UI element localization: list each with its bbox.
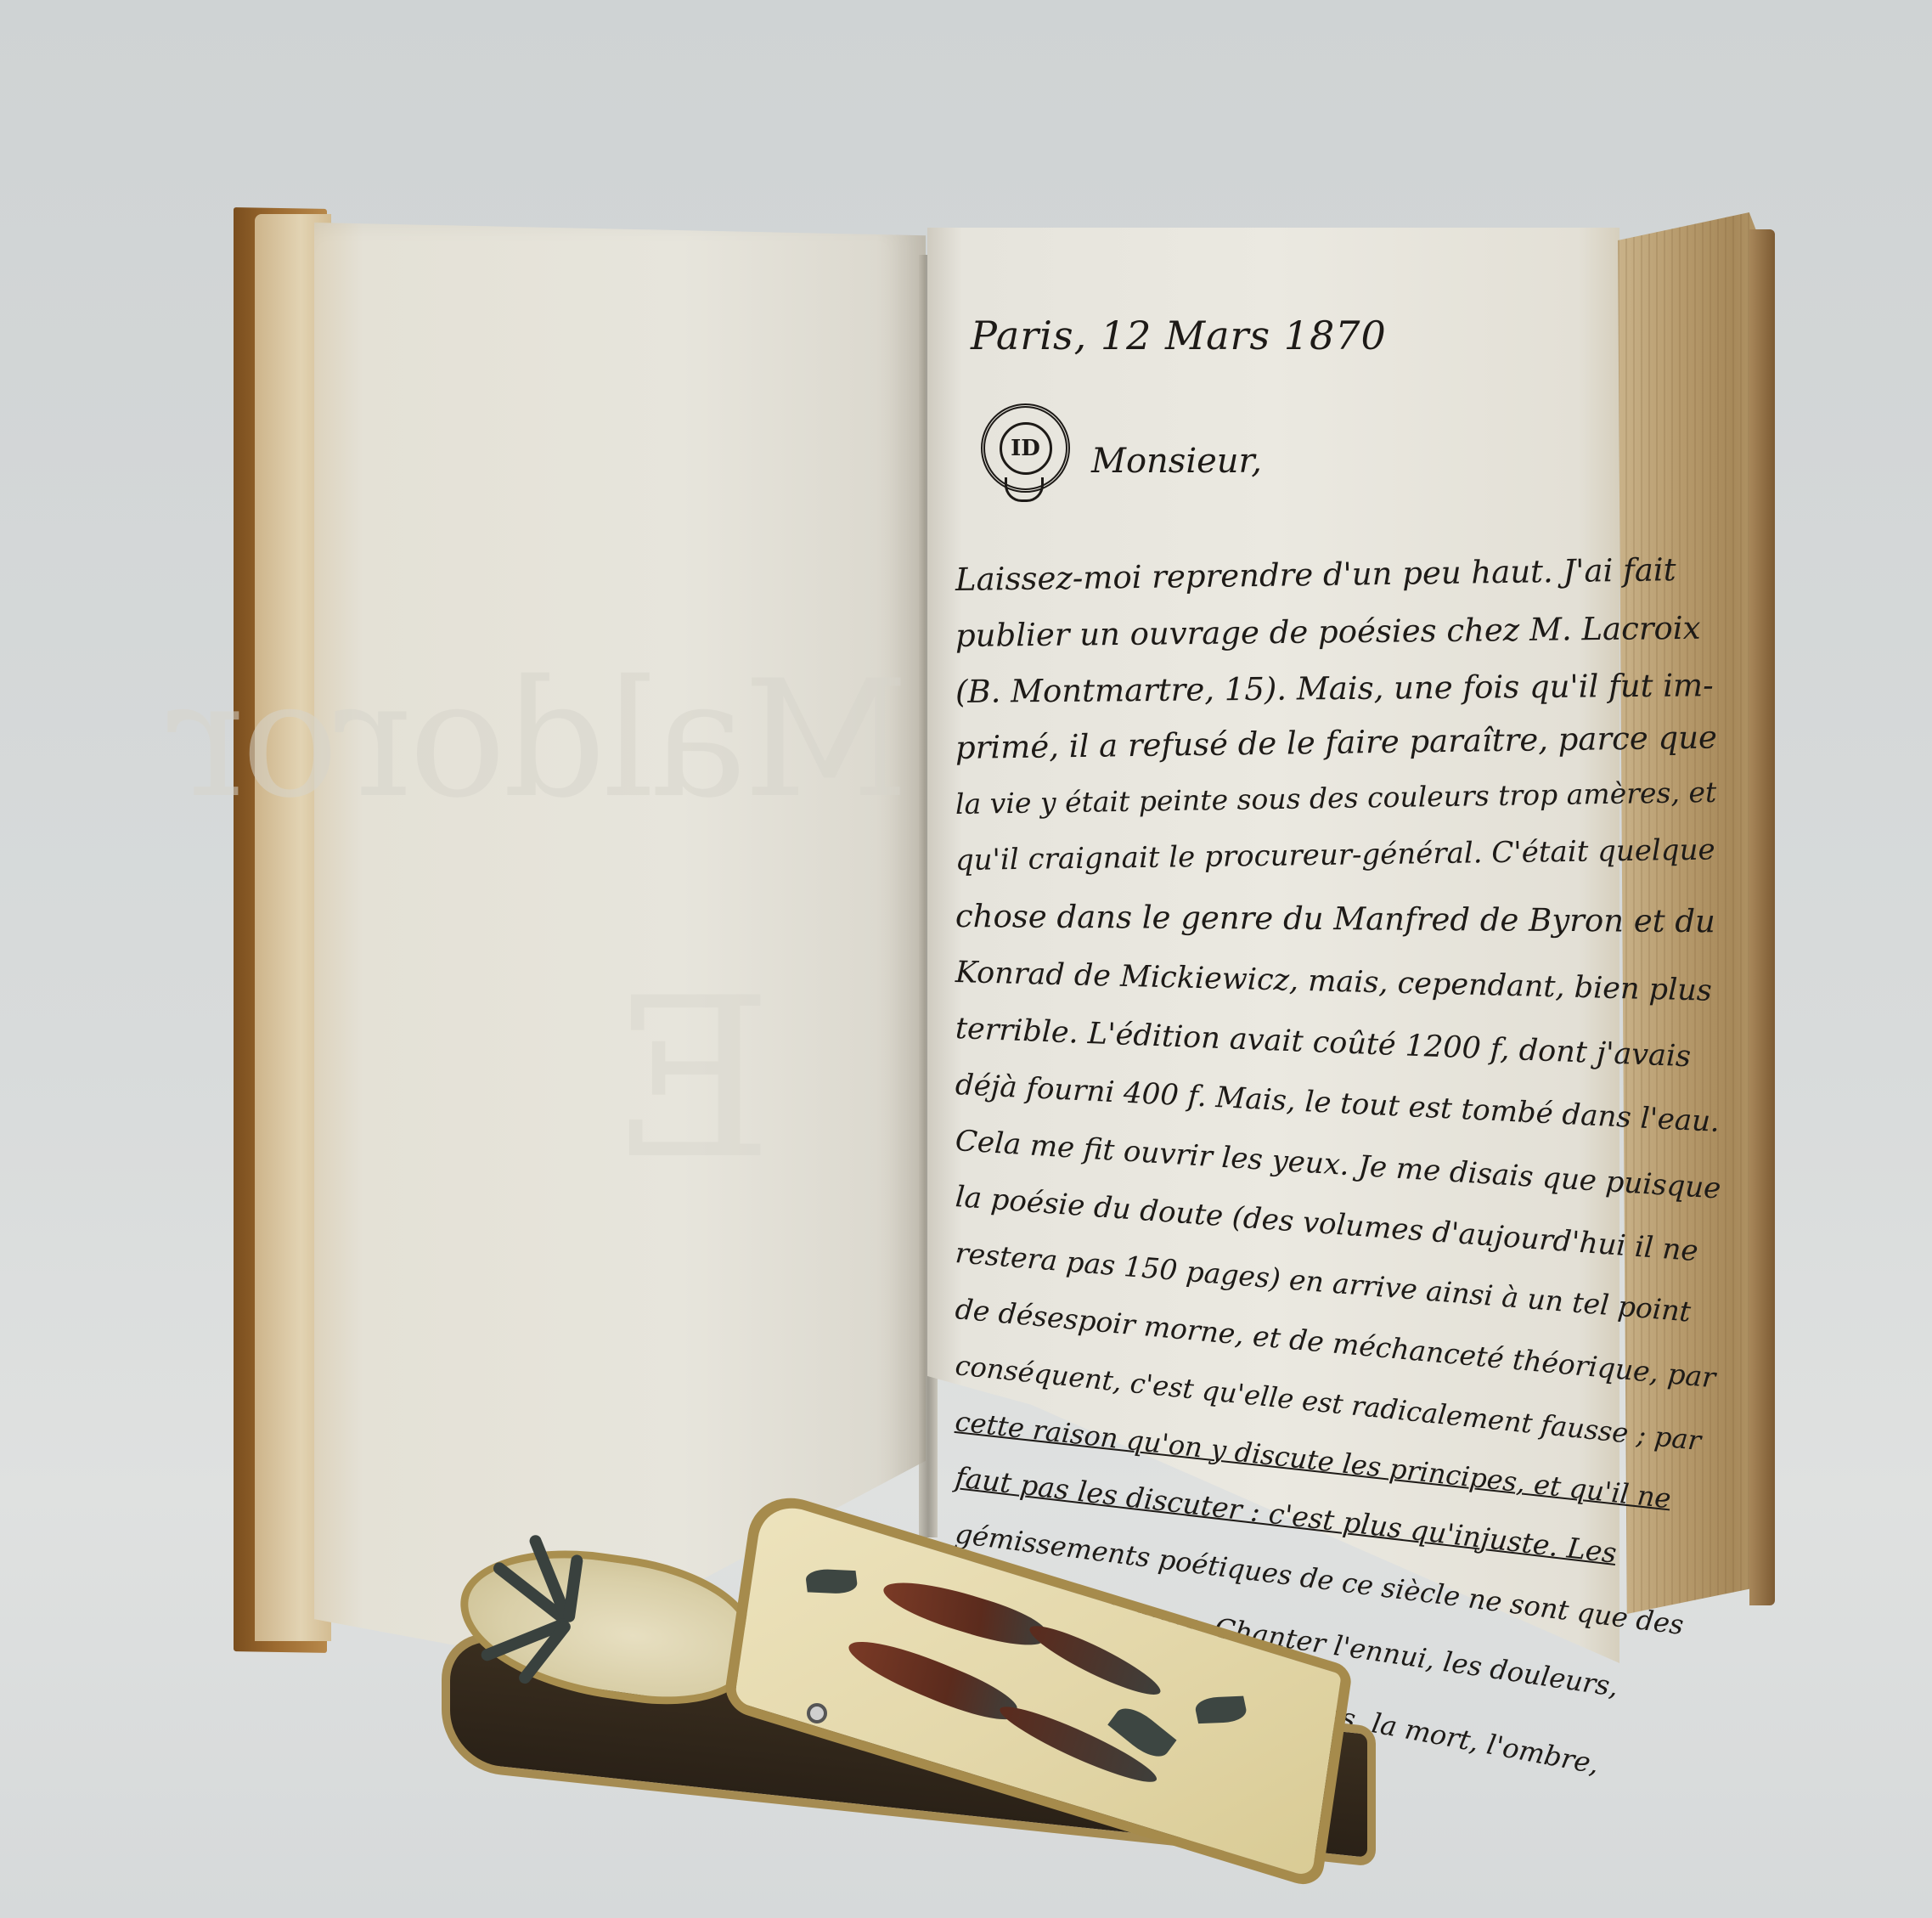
clip-hinge-pin <box>807 1703 827 1723</box>
book-cover-right <box>1749 229 1775 1605</box>
seal-monogram: ID <box>1000 422 1052 475</box>
leaf-icon <box>804 1568 859 1594</box>
letter-line: la vie y était peinte sous des couleurs … <box>955 766 1601 832</box>
bird-icon <box>844 1627 1020 1732</box>
letter-line: chose dans le genre du Manfred de Byron … <box>955 888 1601 949</box>
letter-date: Paris, 12 Mars 1870 <box>971 313 1387 358</box>
bird-icon <box>881 1570 1047 1656</box>
letter-line: publier un ouvrage de poésies chez M. La… <box>955 601 1602 664</box>
show-through-title: Maldoror <box>399 646 909 849</box>
letter-body: Laissez-moi reprendre d'un peu haut. J'a… <box>955 552 1601 1673</box>
fan-ray <box>562 1554 583 1623</box>
leaf-icon <box>1193 1696 1249 1724</box>
bird-tail <box>1025 1616 1164 1705</box>
letter-salutation: Monsieur, <box>1091 442 1262 481</box>
letter-line: primé, il a refusé de le faire paraître,… <box>955 711 1602 776</box>
show-through-numeral: E <box>611 951 773 1208</box>
book-page-left <box>314 223 926 1662</box>
handwritten-letter: Paris, 12 Mars 1870 ID Monsieur, Laissez… <box>955 297 1601 1614</box>
enamel-bookmark-clip <box>442 1520 1376 1911</box>
letter-line: (B. Montmartre, 15). Mais, une fois qu'i… <box>955 658 1602 720</box>
photo-scene: Maldoror E Paris, 12 Mars 1870 ID Monsie… <box>0 0 1932 1918</box>
letter-line: qu'il craignait le procureur-général. C'… <box>955 823 1602 888</box>
seal-ribbon-icon <box>1005 477 1044 502</box>
letter-line: Laissez-moi reprendre d'un peu haut. J'a… <box>955 543 1602 608</box>
